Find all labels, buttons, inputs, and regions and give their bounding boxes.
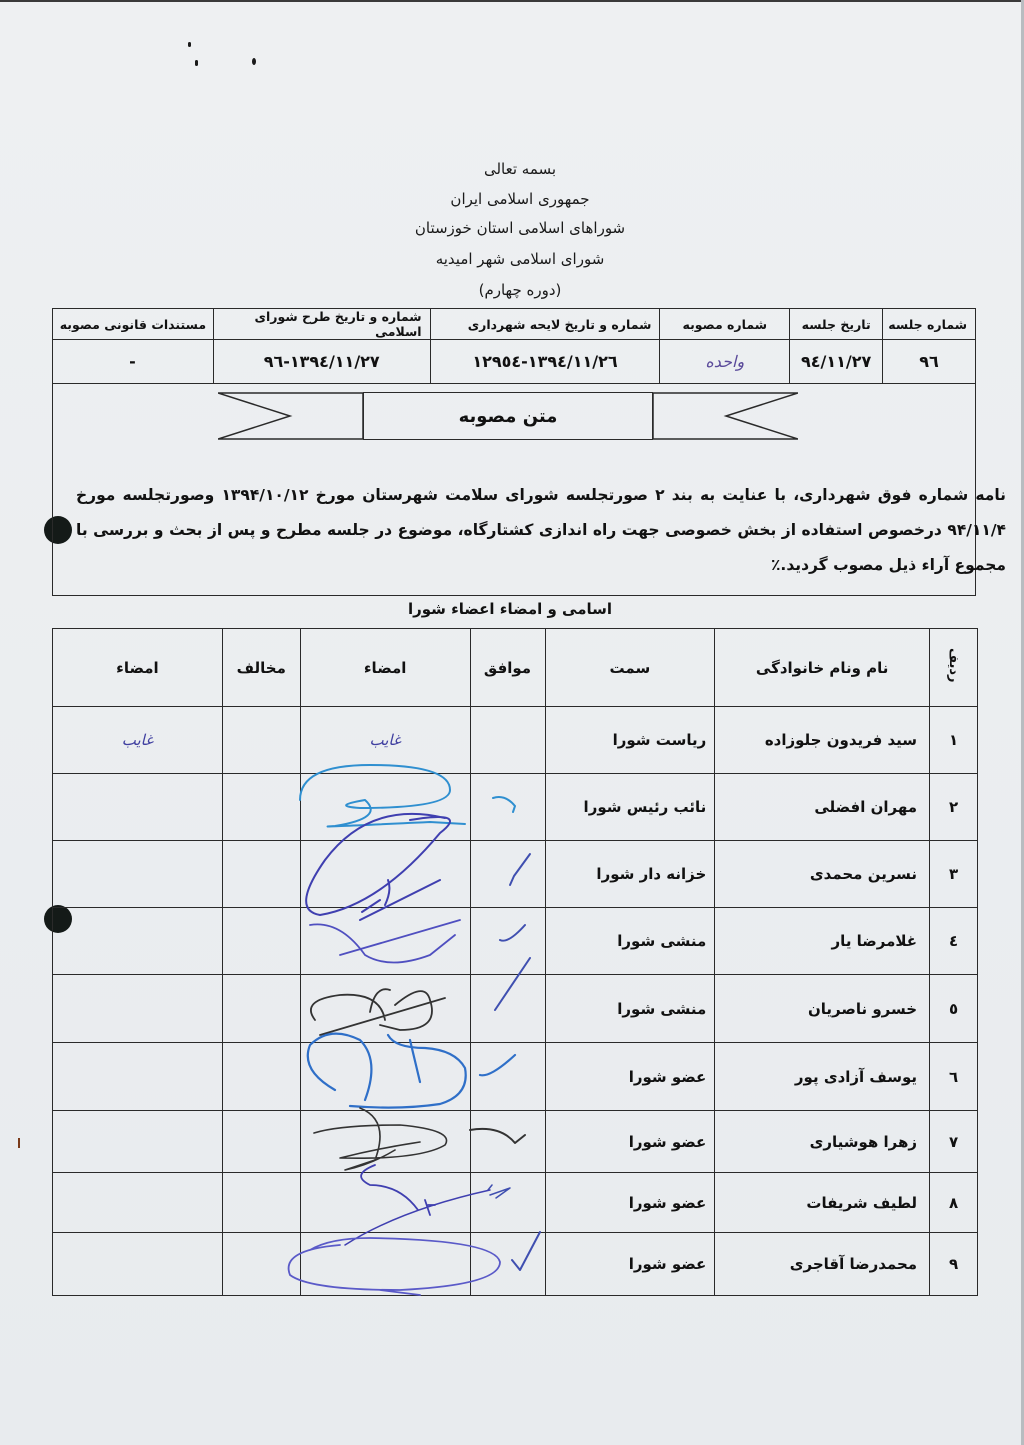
- member-disagree: [222, 1043, 300, 1111]
- member-disagree: [222, 774, 300, 841]
- member-disagree: [222, 908, 300, 975]
- member-row: ٤ غلامرضا یار منشی شورا: [53, 908, 978, 975]
- member-name: نسرین محمدی: [715, 841, 930, 908]
- member-disagree-signature: [53, 841, 223, 908]
- header-session-number: شماره جلسه: [883, 309, 976, 340]
- member-name: مهران افضلی: [715, 774, 930, 841]
- member-agree-signature: [300, 774, 470, 841]
- member-disagree-signature: [53, 774, 223, 841]
- member-disagree: [222, 975, 300, 1043]
- members-title: اسامی و امضاء اعضاء شورا: [330, 600, 690, 618]
- member-position: منشی شورا: [545, 908, 715, 975]
- member-position: ریاست شورا: [545, 707, 715, 774]
- speck: [195, 60, 198, 66]
- member-position: منشی شورا: [545, 975, 715, 1043]
- member-name: خسرو ناصریان: [715, 975, 930, 1043]
- speck: [18, 1138, 20, 1148]
- value-session-date: ٩٤/١١/٢٧: [790, 340, 883, 384]
- member-agree: [470, 1233, 545, 1296]
- member-agree-signature: غایب: [300, 707, 470, 774]
- member-position: عضو شورا: [545, 1043, 715, 1111]
- member-agree-signature: [300, 1111, 470, 1173]
- session-info-header-row: شماره جلسه تاریخ جلسه شماره مصوبه شماره …: [53, 309, 976, 340]
- member-disagree: [222, 1111, 300, 1173]
- members-table: ردیف نام ونام خانوادگی سمت موافق امضاء م…: [52, 628, 978, 1296]
- heading-country: جمهوری اسلامی ایران: [300, 190, 740, 208]
- members-header-row: ردیف نام ونام خانوادگی سمت موافق امضاء م…: [53, 629, 978, 707]
- member-disagree-signature: [53, 1111, 223, 1173]
- member-position: عضو شورا: [545, 1111, 715, 1173]
- member-disagree-signature: [53, 1173, 223, 1233]
- member-number: ٥: [930, 975, 978, 1043]
- member-agree: [470, 975, 545, 1043]
- member-row: ٧ زهرا هوشیاری عضو شورا: [53, 1111, 978, 1173]
- member-disagree-signature: [53, 975, 223, 1043]
- member-number: ١: [930, 707, 978, 774]
- member-name: زهرا هوشیاری: [715, 1111, 930, 1173]
- member-row: ٢ مهران افضلی نائب رئیس شورا: [53, 774, 978, 841]
- member-disagree: [222, 841, 300, 908]
- member-agree: [470, 707, 545, 774]
- member-disagree-signature: [53, 1043, 223, 1111]
- member-agree: [470, 1043, 545, 1111]
- heading-province-councils: شوراهای اسلامی استان خوزستان: [300, 219, 740, 237]
- value-resolution-number: واحده: [660, 340, 790, 384]
- header-resolution-number: شماره مصوبه: [660, 309, 790, 340]
- member-disagree: [222, 707, 300, 774]
- member-agree: [470, 774, 545, 841]
- member-agree-signature: [300, 1043, 470, 1111]
- header-legal-documents: مستندات قانونی مصوبه: [53, 309, 214, 340]
- member-row: ٣ نسرین محمدی خزانه دار شورا: [53, 841, 978, 908]
- member-position: عضو شورا: [545, 1173, 715, 1233]
- header-municipal-bill: شماره و تاریخ لایحه شهرداری: [430, 309, 660, 340]
- value-municipal-bill: ١٣٩٤/١١/٢٦-١٢٩٥٤: [430, 340, 660, 384]
- member-disagree-signature: [53, 1233, 223, 1296]
- value-session-number: ٩٦: [883, 340, 976, 384]
- header-disagree-signature: امضاء: [53, 629, 223, 707]
- member-number: ٦: [930, 1043, 978, 1111]
- member-disagree-signature: [53, 908, 223, 975]
- member-position: عضو شورا: [545, 1233, 715, 1296]
- member-agree: [470, 1111, 545, 1173]
- speck: [252, 58, 256, 65]
- header-name: نام ونام خانوادگی: [715, 629, 930, 707]
- resolution-title: متن مصوبه: [363, 392, 653, 440]
- member-number: ٨: [930, 1173, 978, 1233]
- member-row: ١ سید فریدون جلوزاده ریاست شورا غایب غای…: [53, 707, 978, 774]
- member-disagree: [222, 1173, 300, 1233]
- header-row-number: ردیف: [946, 648, 961, 683]
- member-number: ٢: [930, 774, 978, 841]
- member-row: ٥ خسرو ناصریان منشی شورا: [53, 975, 978, 1043]
- member-agree-signature: [300, 975, 470, 1043]
- session-info-table: شماره جلسه تاریخ جلسه شماره مصوبه شماره …: [52, 308, 976, 384]
- resolution-body-text: نامه شماره فوق شهرداری، با عنایت به بند …: [76, 478, 1006, 583]
- value-council-plan: ١٣٩٤/١١/٢٧-٩٦: [213, 340, 430, 384]
- member-number: ٣: [930, 841, 978, 908]
- member-position: نائب رئیس شورا: [545, 774, 715, 841]
- speck: [188, 42, 191, 47]
- member-name: یوسف آزادی پور: [715, 1043, 930, 1111]
- header-council-plan: شماره و تاریخ طرح شورای اسلامی: [213, 309, 430, 340]
- member-agree-signature: [300, 1233, 470, 1296]
- member-name: غلامرضا یار: [715, 908, 930, 975]
- session-info-value-row: ٩٦ ٩٤/١١/٢٧ واحده ١٣٩٤/١١/٢٦-١٢٩٥٤ ١٣٩٤/…: [53, 340, 976, 384]
- member-agree-signature: [300, 841, 470, 908]
- scanned-page: بسمه تعالی جمهوری اسلامی ایران شوراهای ا…: [0, 0, 1024, 1445]
- member-name: لطیف شریفات: [715, 1173, 930, 1233]
- heading-bismillah: بسمه تعالی: [300, 160, 740, 178]
- member-number: ٧: [930, 1111, 978, 1173]
- scan-edge-top: [0, 0, 1024, 2]
- header-session-date: تاریخ جلسه: [790, 309, 883, 340]
- member-row: ٨ لطیف شریفات عضو شورا: [53, 1173, 978, 1233]
- header-disagree: مخالف: [222, 629, 300, 707]
- member-number: ٤: [930, 908, 978, 975]
- member-agree-signature: [300, 1173, 470, 1233]
- member-agree: [470, 841, 545, 908]
- resolution-title-banner: متن مصوبه: [218, 392, 798, 440]
- member-agree: [470, 908, 545, 975]
- heading-term: (دوره چهارم): [300, 281, 740, 299]
- heading-city-council: شورای اسلامی شهر امیدیه: [300, 250, 740, 268]
- member-row: ٦ یوسف آزادی پور عضو شورا: [53, 1043, 978, 1111]
- member-disagree: [222, 1233, 300, 1296]
- member-name: سید فریدون جلوزاده: [715, 707, 930, 774]
- member-name: محمدرضا آقاجری: [715, 1233, 930, 1296]
- member-agree-signature: [300, 908, 470, 975]
- header-agree-signature: امضاء: [300, 629, 470, 707]
- header-position: سمت: [545, 629, 715, 707]
- member-row: ٩ محمدرضا آقاجری عضو شورا: [53, 1233, 978, 1296]
- value-legal-documents: -: [53, 340, 214, 384]
- member-number: ٩: [930, 1233, 978, 1296]
- member-disagree-signature: غایب: [53, 707, 223, 774]
- member-position: خزانه دار شورا: [545, 841, 715, 908]
- member-agree: [470, 1173, 545, 1233]
- header-agree: موافق: [470, 629, 545, 707]
